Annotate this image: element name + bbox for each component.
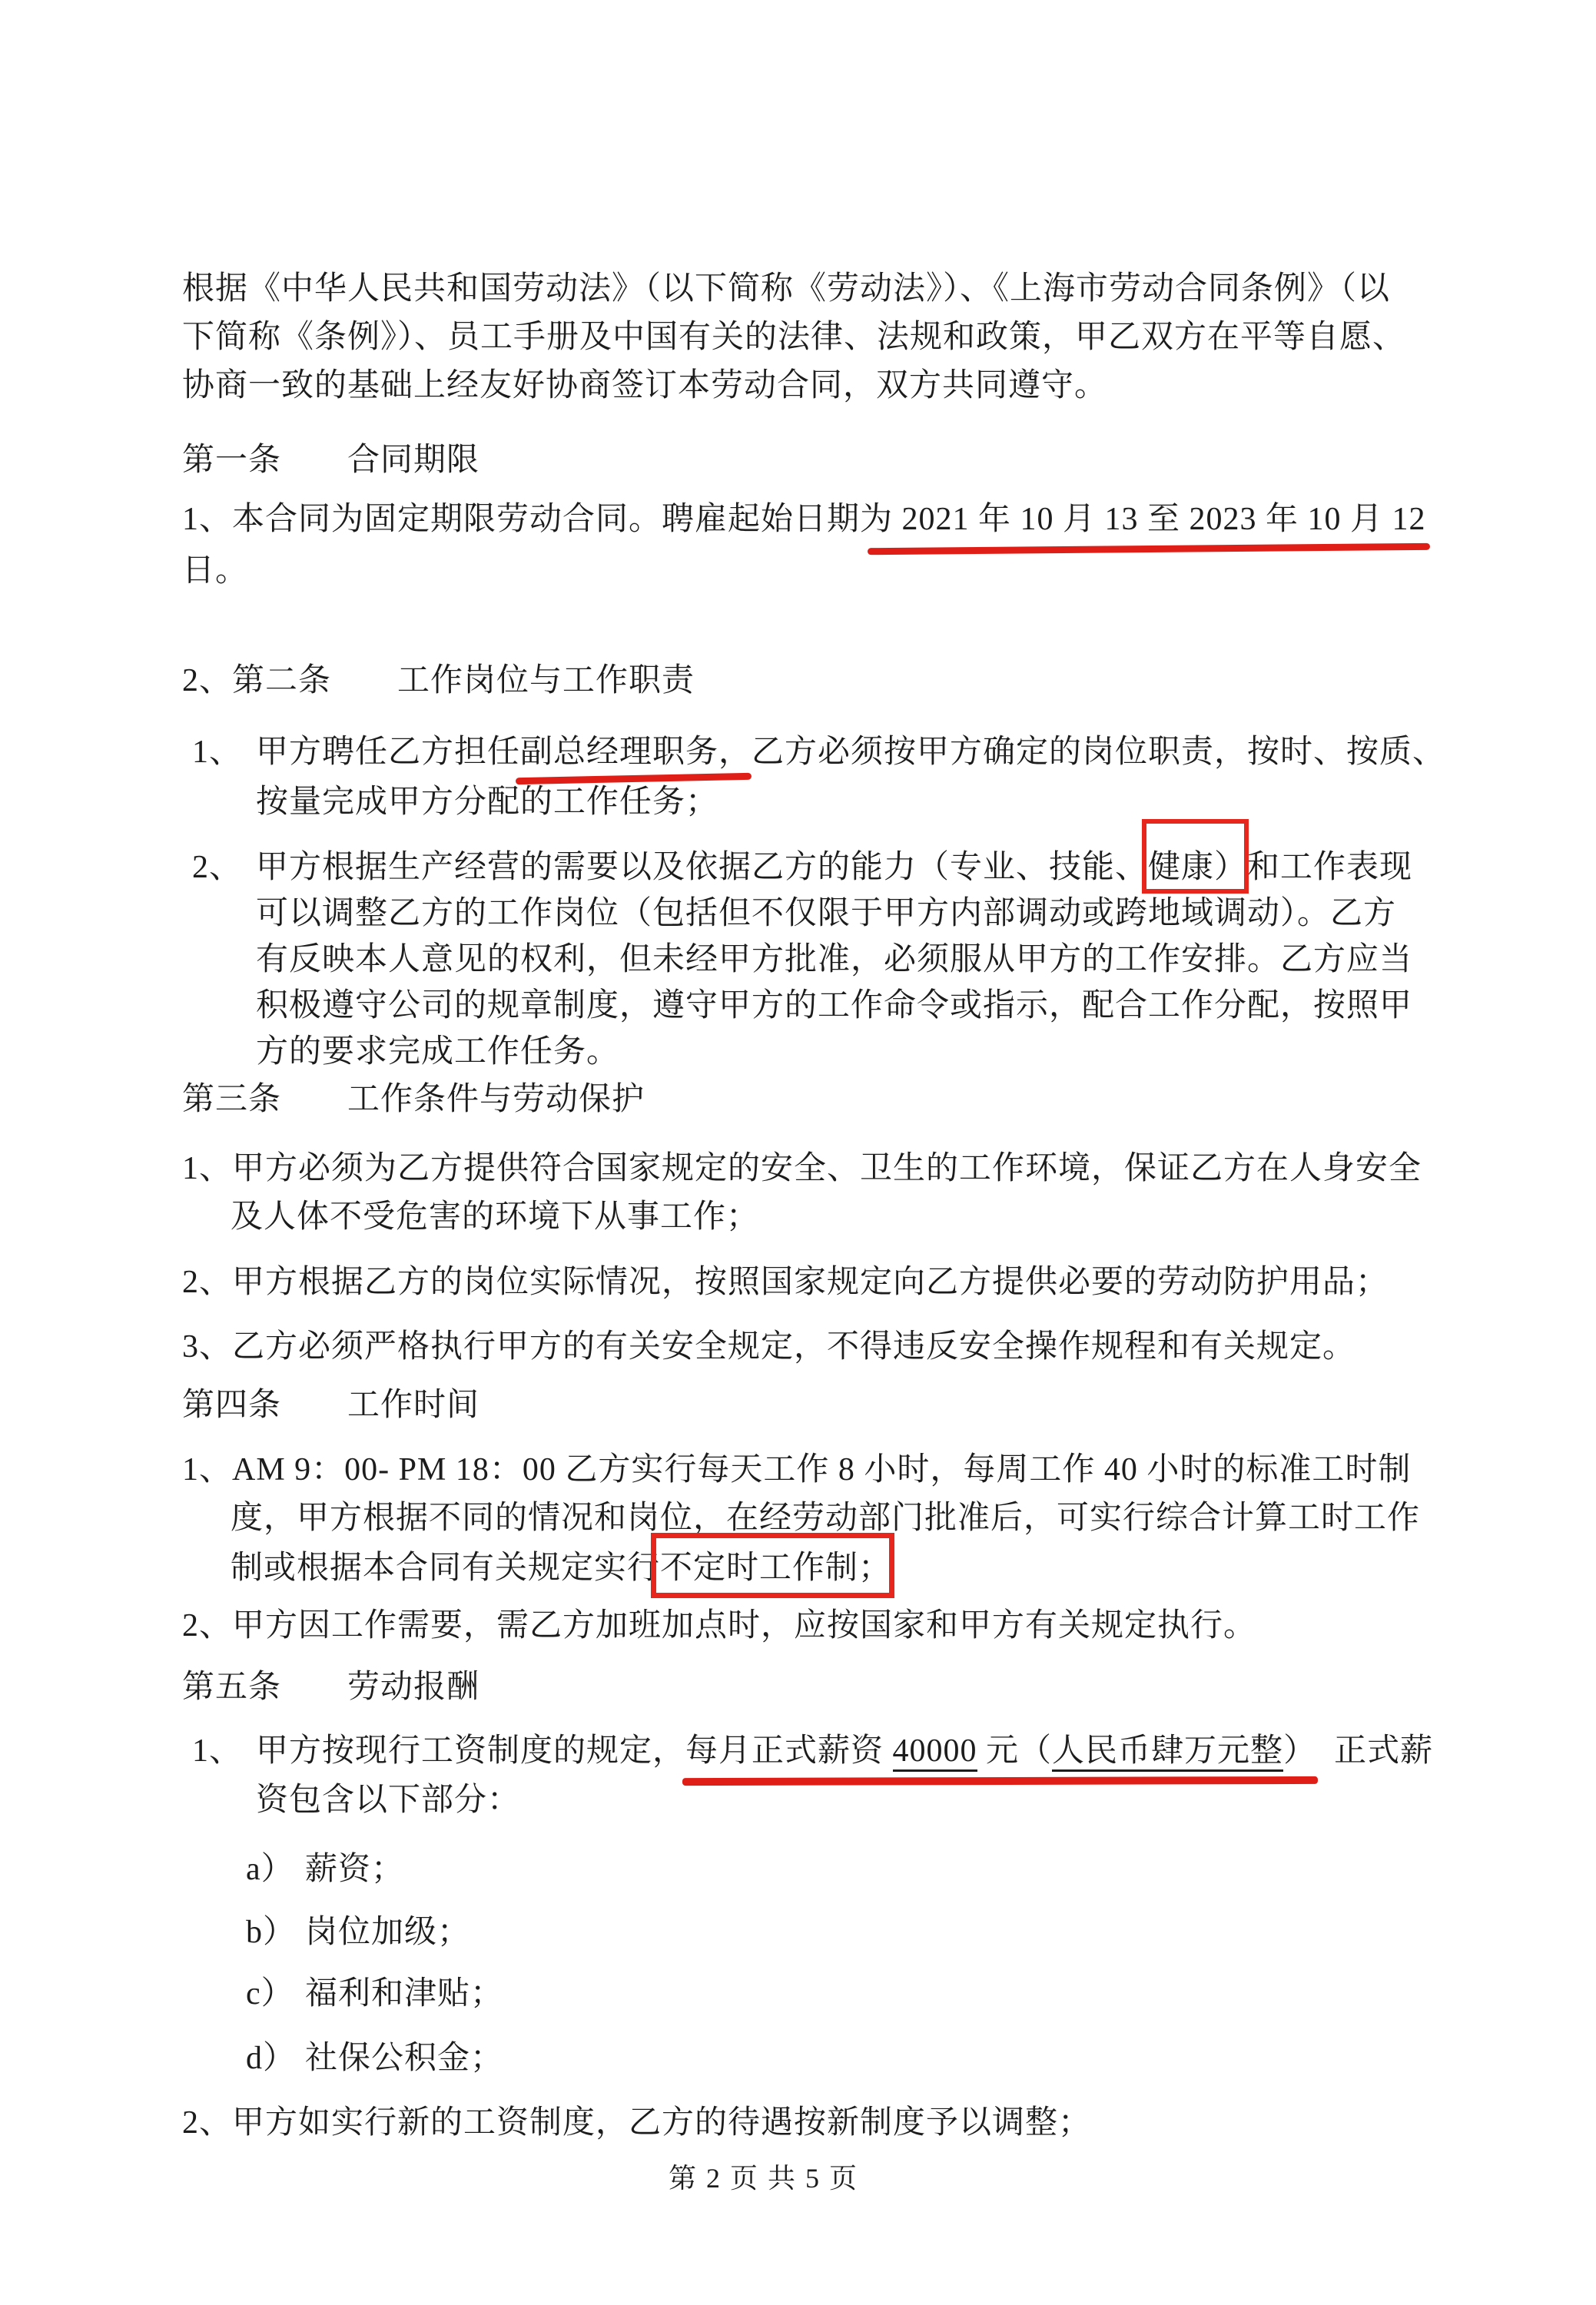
- article5-item1-line1: 1、甲方按现行工资制度的规定，每月正式薪资 40000 元（人民币肆万元整） 正…: [192, 1727, 1433, 1775]
- article1-item1-line2: 日。: [182, 547, 248, 595]
- article2-heading: 2、第二条 工作岗位与工作职责: [182, 657, 695, 705]
- list-marker: d）: [246, 2035, 305, 2082]
- article5-item2: 2、甲方如实行新的工资制度，乙方的待遇按新制度予以调整；: [182, 2099, 1091, 2147]
- article4-heading: 第四条 工作时间: [182, 1381, 479, 1429]
- contract-date-range-red-underline: 2021 年 10 月 13 至 2023 年 10 月 12: [902, 496, 1426, 543]
- page-footer: 第 2 页 共 5 页: [0, 2161, 1527, 2196]
- flexible-working-hours-red-box: 不定时工作制；: [660, 1544, 891, 1592]
- article4-item1-line3: 制或根据本合同有关规定实行不定时工作制；: [231, 1544, 891, 1592]
- article2-item1-line2: 按量完成甲方分配的工作任务；: [256, 778, 718, 826]
- article3-heading: 第三条 工作条件与劳动保护: [182, 1076, 645, 1123]
- article2-item2-line3: 有反映本人意见的权利，但未经甲方批准，必须服从甲方的工作安排。乙方应当: [256, 936, 1412, 983]
- intro-line-2: 下简称《条例》）、员工手册及中国有关的法律、法规和政策，甲乙双方在平等自愿、: [182, 313, 1405, 361]
- article2-item1-line1: 1、甲方聘任乙方担任副总经理职务，乙方必须按甲方确定的岗位职责，按时、按质、: [192, 728, 1445, 776]
- list-marker: a）: [246, 1846, 305, 1893]
- article2-item2-line1: 2、甲方根据生产经营的需要以及依据乙方的能力（专业、技能、健康）和工作表现: [192, 844, 1412, 891]
- article4-item2: 2、甲方因工作需要，需乙方加班加点时，应按国家和甲方有关规定执行。: [182, 1602, 1256, 1650]
- article5-item1-line2: 资包含以下部分：: [256, 1776, 520, 1824]
- salary-list-item-c: c）福利和津贴；: [246, 1970, 503, 2018]
- intro-line-1: 根据《中华人民共和国劳动法》（以下简称《劳动法》）、《上海市劳动合同条例》（以: [182, 265, 1390, 313]
- article2-item2-line2: 可以调整乙方的工作岗位（包括但不仅限于甲方内部调动或跨地域调动）。乙方: [256, 890, 1396, 937]
- item-number: 2、: [192, 844, 256, 891]
- job-title-red-underline: 副总经理职务，: [520, 728, 752, 776]
- article1-heading: 第一条 合同期限: [182, 436, 479, 484]
- article1-item1-line1: 1、本合同为固定期限劳动合同。聘雇起始日期为 2021 年 10 月 13 至 …: [182, 496, 1426, 543]
- list-marker: b）: [246, 1909, 305, 1956]
- item-number: 1、: [192, 1727, 256, 1775]
- intro-line-3: 协商一致的基础上经友好协商签订本劳动合同，双方共同遵守。: [182, 362, 1107, 410]
- salary-words-underlined: 人民币肆万元整: [1052, 1733, 1283, 1772]
- article1-item1-text: 1、本合同为固定期限劳动合同。聘雇起始日期为: [182, 502, 902, 537]
- salary-amount-underlined: 40000: [893, 1733, 977, 1772]
- article4-item1-line1: 1、AM 9：00- PM 18：00 乙方实行每天工作 8 小时，每周工作 4…: [182, 1446, 1411, 1494]
- contract-page: 根据《中华人民共和国劳动法》（以下简称《劳动法》）、《上海市劳动合同条例》（以 …: [0, 0, 1596, 2305]
- salary-phrase-red-underline: 每月正式薪资 40000 元（人民币肆万元整）: [685, 1727, 1316, 1775]
- article3-item2: 2、甲方根据乙方的岗位实际情况，按照国家规定向乙方提供必要的劳动防护用品；: [182, 1259, 1389, 1306]
- article2-item2-line4: 积极遵守公司的规章制度，遵守甲方的工作命令或指示，配合工作分配，按照甲: [256, 982, 1412, 1030]
- list-marker: c）: [246, 1970, 305, 2018]
- health-red-box: 健康）: [1148, 844, 1247, 891]
- salary-list-item-d: d）社保公积金；: [246, 2035, 503, 2082]
- salary-list-item-a: a）薪资；: [246, 1846, 404, 1893]
- article2-item2-line5: 方的要求完成工作任务。: [256, 1028, 619, 1076]
- item-number: 1、: [192, 728, 256, 776]
- article3-item1-line1: 1、甲方必须为乙方提供符合国家规定的安全、卫生的工作环境，保证乙方在人身安全: [182, 1145, 1422, 1192]
- article5-heading: 第五条 劳动报酬: [182, 1663, 479, 1711]
- article3-item3: 3、乙方必须严格执行甲方的有关安全规定，不得违反安全操作规程和有关规定。: [182, 1323, 1355, 1371]
- article3-item1-line2: 及人体不受危害的环境下从事工作；: [231, 1193, 759, 1241]
- salary-list-item-b: b）岗位加级；: [246, 1909, 470, 1956]
